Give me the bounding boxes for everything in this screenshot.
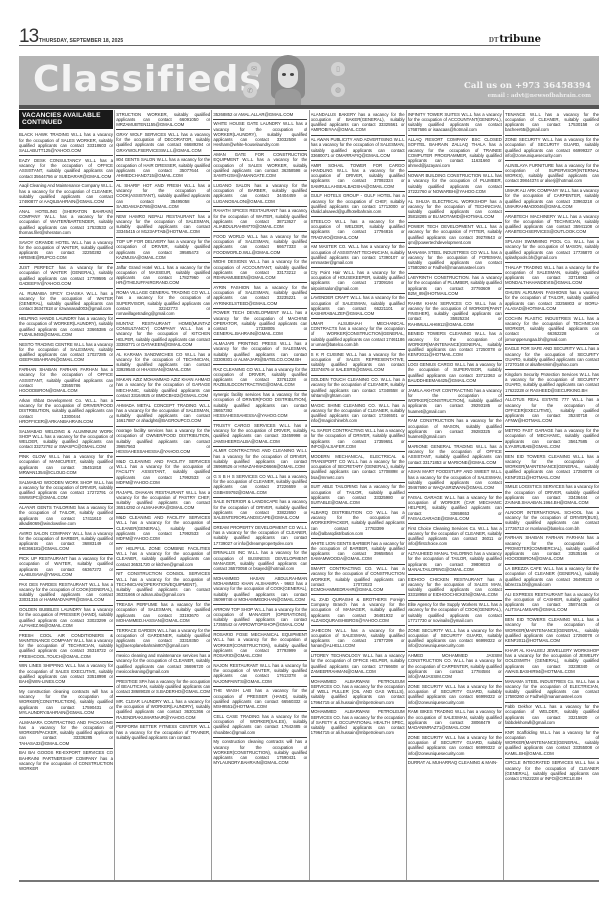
- classified-ad: COCHIN PLASTIC INDUSTRIES W.L.L has a va…: [505, 314, 599, 345]
- classified-ad: LUGANO SALON has a vacancy for the occup…: [213, 181, 307, 207]
- classified-ad: ALANDALUS BAKERY has a vacancy for the o…: [311, 110, 405, 136]
- classified-ad: ALAYAR GENTS TAILORING has a vacancy for…: [19, 504, 113, 530]
- classified-ad: MOHAMMED HASAN ABDULRAHMAN MOHAMMED KHAN…: [213, 574, 307, 605]
- column-divider: [114, 110, 115, 880]
- classified-ad: synergic facility services has a vacancy…: [213, 391, 307, 422]
- classified-ad: BAI BAI GOODS RE-EXPORT SERVICES CO BAHR…: [19, 749, 113, 774]
- classified-ad: DREAM PROPERTY DEVELOPMENT CO W.L.L has …: [213, 523, 307, 549]
- email-address: email : advt@newsofbahrain.com: [464, 92, 591, 100]
- classified-ad: POWER TECH DEVELOPMENT W.L.L has a vacan…: [213, 309, 307, 340]
- classified-ad: AL KARAMA SANDWICHES CO W.L.L has a vaca…: [116, 350, 210, 376]
- classified-ad: AL RUMAIBA SPICY CHASKA W.L.L has a vaca…: [19, 289, 113, 315]
- classified-ad: KNR Scaffolding W.L.L has a vacancy for …: [505, 728, 599, 759]
- classified-ad: BEN EID TOWERS CLEANING W.L.L has a vaca…: [505, 616, 599, 647]
- classified-ad: MY HELPFUL ZONE COMBINE FACILITIES W.L.L…: [116, 544, 210, 570]
- classified-ad: LA BREZZA CAFE W.L.L has a vacancy for t…: [505, 565, 599, 591]
- classified-ad: Fabb Dekhor W.L.L has a vacancy for the …: [505, 703, 599, 729]
- classified-ad: RAHATH SPICES RESTAURANT has a vacancy f…: [213, 207, 307, 233]
- section-heading: VACANCIES AVAILABLE CONTINUED: [19, 110, 113, 129]
- classified-ad: DURRAT AL MUHARRAQ CLEANING & MAIN-: [408, 759, 502, 768]
- classified-ad: UMAR ALSUBAIAH MECHANICAL CONTRACTS has …: [311, 319, 405, 350]
- classified-ad: SALMABAD WELDING & ALUMINIUM WORK SHOP W…: [19, 427, 113, 453]
- classified-ad: AM MASTER CO. W.L.L has a vacancy for th…: [311, 243, 405, 269]
- classified-ad: UMAIR ALI ARK COMPANY W.L.L has a vacanc…: [505, 187, 599, 213]
- classified-ad: LABYRINTH CONSTRUCTION. has a vacancy fo…: [408, 274, 502, 300]
- classified-ad: STRUCTION WORKER, suitably qualified app…: [116, 110, 210, 130]
- mobile-icon: ▯: [331, 62, 345, 76]
- classified-ad: My construction cleaning contracts will …: [213, 738, 307, 768]
- classified-ad: HELPING HANDS LAUNDRY has a vacancy for …: [19, 315, 113, 341]
- classified-ad: PRESTIGE SPA has a vacancy for the occup…: [116, 677, 210, 697]
- classified-ad: RAM CONSTRUCTION has a vacancy for the o…: [408, 417, 502, 443]
- classified-ad: POWER TECH DEVELOPMENT W.L.L has a vacan…: [408, 223, 502, 249]
- classified-ad: ALMIR CONTRACTING AND CLEANING W.L.L has…: [213, 447, 307, 473]
- logo-mark: DT: [489, 37, 499, 44]
- classified-ad: MODERN MECHANICAL, ELECTRICAL & TRANSPOR…: [311, 452, 405, 483]
- classified-ad: KHAIR AL KHALEEJ JEWELLERY WORKSHOP has …: [505, 646, 599, 677]
- column-6: TENANCE W.L.L has a vacancy for the occu…: [505, 110, 599, 880]
- classified-ad: CIRCLE INTEGRATED SERVICES W.L.L has a v…: [505, 759, 599, 784]
- classified-ad: M&D CLEANING AND FACILITY SERVICES W.L.L…: [116, 514, 210, 545]
- classified-ad: AL SHUJA ELECTRICAL WORKSHOP has a vacan…: [408, 197, 502, 223]
- phone-number: Call us on +973 36458394: [464, 81, 591, 92]
- classified-ad: ALINSLAYA FURNITURE has a vacancy for th…: [505, 161, 599, 187]
- classified-ad: First Choice Cleaning Services Co. W.L.L…: [408, 524, 502, 550]
- classified-ad: MARIONE GENERAL TRADING W.L.L has a vaca…: [408, 442, 502, 468]
- classified-ad: MOHAMMED ALBARWANI PETROLEUM SERVICES CO…: [311, 708, 405, 738]
- classified-ad: NOWAR BUILDING CONSTRUCTION W.L.L has a …: [408, 172, 502, 198]
- classified-ad: MIDHI DESIGNS W.L.L has a vacancy for th…: [213, 258, 307, 284]
- classified-ad: BEN EID TOWERS CLEANING W.L.L has a vaca…: [505, 452, 599, 483]
- classifieds-banner: Classifieds ✉ ✆ ▯ ◍ Call us on +973 3645…: [19, 56, 599, 105]
- classified-ad: ZONE SECURITY W.L.L has a vacancy for th…: [408, 733, 502, 759]
- mail-icon: ✉: [247, 62, 261, 76]
- classified-ad: TOP UP FOR DELIVERY has a vacancy for th…: [116, 238, 210, 264]
- globe-icon: ◍: [331, 83, 345, 97]
- classified-ad: MUNTAZ RESTAURANT HOME(MUNTAZ CONSULTANC…: [116, 319, 210, 350]
- assistant-illustration: [271, 55, 305, 105]
- classified-ad: FRESH COOL AIR CONDITIONERS & MAINTENANC…: [19, 631, 113, 662]
- classified-ad: ZONE SECURITY W.L.L has a vacancy for th…: [408, 626, 502, 652]
- classified-ad: ARABTECH MACHINERY W.L.L has a vacancy f…: [505, 212, 599, 238]
- classified-ad: WHITE LION GENTS BARBER has a vacancy fo…: [311, 539, 405, 565]
- classified-ad: TRUSTY CARGO SERVICES W.L.L has a vacanc…: [213, 421, 307, 447]
- classified-ad: EAGLE FOR SAFE AND SECURITY W.L.L has a …: [505, 345, 599, 371]
- header-rule: [19, 45, 271, 46]
- header-rule: [271, 45, 540, 46]
- classified-ad: ALBARQ DISTRIBUTION CO W.L.L has a vacan…: [311, 508, 405, 539]
- classified-ad: THALAP TRADING W.L.L has a vacancy for t…: [505, 263, 599, 289]
- classified-ad: FARHAN SHABAN FARHAN FARHAN has a vacanc…: [19, 366, 113, 397]
- classified-ad: LOGI GENIUS CARGO W.L.L has a vacancy fo…: [408, 361, 502, 387]
- classified-ad: NIT CONSTRUCTION CONSOL SERVICES W.L.L h…: [116, 570, 210, 601]
- column-3: 35268852 or AMAL.ALLAR@GMAIL.COMWHITE HO…: [213, 110, 307, 880]
- classified-ad: ARROW TOP SHOP W.L.L has a vacancy for t…: [213, 605, 307, 631]
- classified-ad: GHUSN ALRUMAN FASHIONS has a vacancy for…: [505, 289, 599, 315]
- classified-ad: WIN LINES SHIPPING W.L.L has a vacancy f…: [19, 662, 113, 688]
- classified-ad: GULF HOTELS GROUP - GULF HOTEL has a vac…: [311, 192, 405, 218]
- column-5: INFINITY TOWER SUITES W.L.L has a vacanc…: [408, 110, 502, 880]
- classified-ad: SMILE LOGISTICS SERVICES has a vacancy f…: [505, 483, 599, 509]
- classified-ad: SALMABAD WOODEN WORK SHOP W.L.L has a va…: [19, 478, 113, 504]
- publication-date: THURSDAY, SEPTEMBER 18, 2025: [39, 38, 123, 44]
- classified-ad: ALTAUHEED MANAL TAILORING has a vacancy …: [408, 550, 502, 576]
- tribune-logo: DTtribune: [489, 34, 541, 45]
- classified-ad: NEW HAMRO NEPALI RESTAURANT has a vacanc…: [116, 212, 210, 238]
- classified-ad: SAVOY GRANDE HOTEL W.L.L has a vacancy f…: [19, 238, 113, 264]
- classified-ad: WHITE HOUSE GATE LAUNDRY W.L.L has a vac…: [213, 120, 307, 151]
- classified-ad: MAKAN AZIZ MOHAMMAD AZIZ KHAN AHMAD has …: [116, 376, 210, 402]
- classified-ad: SPLASH SWIMMING POOL Co. W.L.L has a vac…: [505, 238, 599, 264]
- classified-ad: TENANCE W.L.L has a vacancy for the occu…: [505, 110, 599, 136]
- classified-ad: AL ZAID QURAISHI & BROTHERS Foreign Comp…: [311, 595, 405, 626]
- classified-ad: PINK GLOW W.L.L has a vacancy for the oc…: [19, 453, 113, 479]
- classified-ad: METRO FAST GARAGE has a vacancy for the …: [505, 427, 599, 453]
- classified-ad: ROMA VILLAGE GENERAL TRADING CO W.L.L ha…: [116, 289, 210, 320]
- column-2: STRUCTION WORKER, suitably qualified app…: [116, 110, 210, 880]
- classified-ad: JUST PERFECT has a vacancy for the occup…: [19, 264, 113, 290]
- banner-illustration: ✉ ✆ ▯ ◍: [209, 56, 369, 105]
- classified-ad: PERFORM BETTER FITNESS CENTER W.L.L has …: [116, 723, 210, 742]
- page-header: 13 THURSDAY, SEPTEMBER 18, 2025: [19, 28, 273, 46]
- column-4: ALANDALUS BAKERY has a vacancy for the o…: [311, 110, 405, 880]
- classified-ad: Kingdom Security Protection Services W.L…: [505, 370, 599, 396]
- classified-ad: GOLDEN BUBBLES LAUNDRY has a vacancy for…: [19, 606, 113, 632]
- classified-ad: NESTO TRADING CENTRE W.L.L has a vacancy…: [19, 340, 113, 366]
- classified-ad: ALLAQ RESORT COMPANY BSC CLOSED SOFITEL …: [408, 136, 502, 172]
- banner-contact: Call us on +973 36458394 email : advt@ne…: [464, 81, 591, 100]
- classified-ad: SALE INTERIOR & LANDSCAPE has a vacancy …: [213, 498, 307, 524]
- classified-ad: LITOREY TECHNOLOGY W.L.L has a vacancy f…: [311, 652, 405, 678]
- classified-ad: CELL CASE TRADING has a vacancy for the …: [213, 712, 307, 738]
- classified-ad: SMART CONTRACTING CO. W.L.L has a vacanc…: [311, 565, 405, 596]
- classified-ad: MANAMA STEEL INDUSTRIES CO W.L.L has a v…: [408, 248, 502, 274]
- classified-ad: Arkan Ithbat Development Co. W.L.L. has …: [19, 396, 113, 427]
- column-divider: [309, 110, 310, 880]
- classified-ad: ALI EXPRESS RESTAURANT has a vacancy for…: [505, 590, 599, 616]
- classified-columns: VACANCIES AVAILABLE CONTINUEDBLACK HAWK …: [19, 110, 599, 880]
- classified-ad: AHMED MOHAMMED JASSIM CONSTRUCTION CO. W…: [408, 652, 502, 683]
- classified-ad: FAISAL GARAGE W.L.L has a vacancy for th…: [408, 493, 502, 524]
- classified-ad: My construction cleaning contracts will …: [19, 687, 113, 718]
- classified-ad: Aaqil Cleaning And Maintenance Company W…: [19, 182, 113, 208]
- classified-ad: FARHAN SHABAN FARHAN FARHAN has a vacanc…: [505, 534, 599, 565]
- column-divider: [211, 110, 212, 880]
- classified-ad: BLACK HAWK TRADING W.L.L has a vacancy f…: [19, 131, 113, 157]
- page-number: 13: [19, 28, 38, 46]
- classified-ad: ANAL HOTELING (SHERATON BAHRAIN) COMPANY…: [19, 207, 113, 238]
- classified-ad: AYRIN FASHION has a vacancy for the occu…: [213, 283, 307, 309]
- classified-ad: AL AWAN PUBLICITY AND ADVERTISING W.L.L …: [311, 136, 405, 162]
- classified-ad: ZONE SECURITY W.L.L has a vacancy for th…: [505, 136, 599, 162]
- classified-ad: M&D CLEANING AND FACILITY SERVICES W.L.L…: [116, 457, 210, 488]
- classified-ad: RAMI BIKES TRADING W.L.L has a vacancy f…: [408, 708, 502, 734]
- column-divider: [503, 110, 504, 880]
- classified-ad: RAHIM KHAN SERVICES CO W.L.L has a vacan…: [408, 299, 502, 330]
- classified-ad: TREASA PERFUME has a vacancy for the occ…: [116, 601, 210, 627]
- classified-ad: AMAN GATE FOR CONSTRUCTION EQUIPMENT W.L…: [213, 151, 307, 182]
- banner-divider: [19, 105, 599, 109]
- classified-ad: 35268852 or AMAL.ALLAR@GMAIL.COM: [213, 110, 307, 120]
- classified-ad: Cry Point Hair W.L.L has a vacancy for t…: [311, 268, 405, 294]
- classified-ad: ERINALLIS INC W.L.L has a vacancy for th…: [213, 549, 307, 575]
- classified-ad: ASIAN MART FOODSTUFF AND SWEET W.L.L has…: [408, 468, 502, 494]
- classified-ad: Jaffar Grand Hotel W.L.L has a vacancy f…: [116, 263, 210, 289]
- classified-ad: noorage facility services has a vacancy …: [116, 427, 210, 458]
- classified-ad: GRAY WOLF SERVICES W.L.L has a vacancy f…: [116, 130, 210, 156]
- classified-ad: mexico cleaning and maintenance services…: [116, 652, 210, 678]
- classified-ad: ALMANARA CONTRACTING AND PACKAGING has a…: [19, 718, 113, 749]
- classified-ad: RAZ CLEANING CO W.L.L has a vacancy for …: [213, 365, 307, 391]
- classified-ad: EAZY DESK CONSULTANCY W.L.L has a vacanc…: [19, 156, 113, 182]
- classified-ad: MAGIC SHINE CLEANING CO. W.L.L has a vac…: [311, 401, 405, 427]
- classified-ad: G S B H S SERVICES CO W.L.L has a vacanc…: [213, 472, 307, 498]
- classified-ad: NAJON RESTAURANT W.L.L has a vacancy for…: [213, 661, 307, 687]
- classified-ad: BENEID TOWERS CLEANING W.L.L has a vacan…: [408, 330, 502, 361]
- classified-ad: THE WASH LAB has a vacancy for the occup…: [213, 687, 307, 713]
- column-1: VACANCIES AVAILABLE CONTINUEDBLACK HAWK …: [19, 110, 113, 880]
- classified-ad: AL SHARIF HOT AND FRESH W.L.L has a vaca…: [116, 181, 210, 212]
- classified-ad: EIDHOO CHICKEN RESTAURANT has a vacancy …: [408, 575, 502, 601]
- classified-ad: AL SAFER CONTRACTING W.L.L has a vacancy…: [311, 427, 405, 453]
- classified-ad: FOOD WORLD W.L.L has a vacancy for the o…: [213, 232, 307, 258]
- classified-ad: 804 GENTS SALON W.L.L has a vacancy for …: [116, 156, 210, 182]
- classified-ad: JAMILA AKHTAR CONTRACTING has a vacancy …: [408, 386, 502, 417]
- classified-ad: ZONE SECURITY W.L.L has a vacancy for th…: [408, 682, 502, 708]
- classified-ad: JAHECON W.L.L has a vacancy for the occu…: [311, 626, 405, 652]
- classified-ad: ROSARIO FOSE MECHANICAL EQUIPMENT W.L.L …: [213, 631, 307, 662]
- classified-ad: AVIRO SALON COMPANY W.L.L has a vacancy …: [19, 529, 113, 555]
- classified-ad: ALLOTUS REAL ESTATE 777 W.L.L has a vaca…: [505, 396, 599, 427]
- classified-ad: ALNOOR INTERNATIONAL SCHOOL has a vacanc…: [505, 508, 599, 534]
- classified-ad: AMIR SOHAIL TOWER FOR CARGO HANDLING W.L…: [311, 161, 405, 192]
- footer-rule: [19, 880, 599, 882]
- classified-ad: MR. CLEAR LAUNDRY W.L.L has a vacancy fo…: [116, 697, 210, 723]
- classified-ad: PICK UP RESTAURANT has a vacancy for the…: [19, 555, 113, 581]
- classified-ad: LAVENDER CRAFT W.L.L has a vacancy for t…: [311, 294, 405, 320]
- classified-ad: GOLDEN TOUCH CLEANING CO. W.L.L has a va…: [311, 376, 405, 402]
- column-divider: [406, 110, 407, 880]
- classified-ad: ALMAJARI PRINTING PRESS W.L.L has a vaca…: [213, 340, 307, 366]
- classified-ad: MANAMA STEEL INDUSTRIES Co. W.L.L has a …: [505, 677, 599, 703]
- logo-text: tribune: [499, 34, 541, 45]
- classified-ad: SUIT ABLE TAILORING has a vacancy for th…: [311, 483, 405, 509]
- classified-ad: AHMADA METAL CONCEPT TRADING W.L.L has a…: [116, 401, 210, 427]
- classified-ad: INFINITY TOWER SUITES W.L.L has a vacanc…: [408, 110, 502, 136]
- phone-icon: ✆: [243, 84, 257, 98]
- classified-ad: Elite Agency for the Supply Workers W.L.…: [408, 601, 502, 627]
- classified-ad: RAJAPIL DHAKAN RESTAURANT W.L.L has a va…: [116, 488, 210, 514]
- classified-ad: STEELCO W.L.L has a vacancy for the occu…: [311, 217, 405, 243]
- classified-ad: PAX DES FARDES RESTAURANT W.L.L has a va…: [19, 580, 113, 606]
- classified-ad: S K R CUISINE W.L.L has a vacancy for th…: [311, 350, 405, 376]
- classified-ad: MOHAMMED ALBARWANI PETROLEUM SERVICES CO…: [311, 677, 405, 708]
- classified-ad: TERRACE GARDEN W.L.L has a vacancy for t…: [116, 626, 210, 652]
